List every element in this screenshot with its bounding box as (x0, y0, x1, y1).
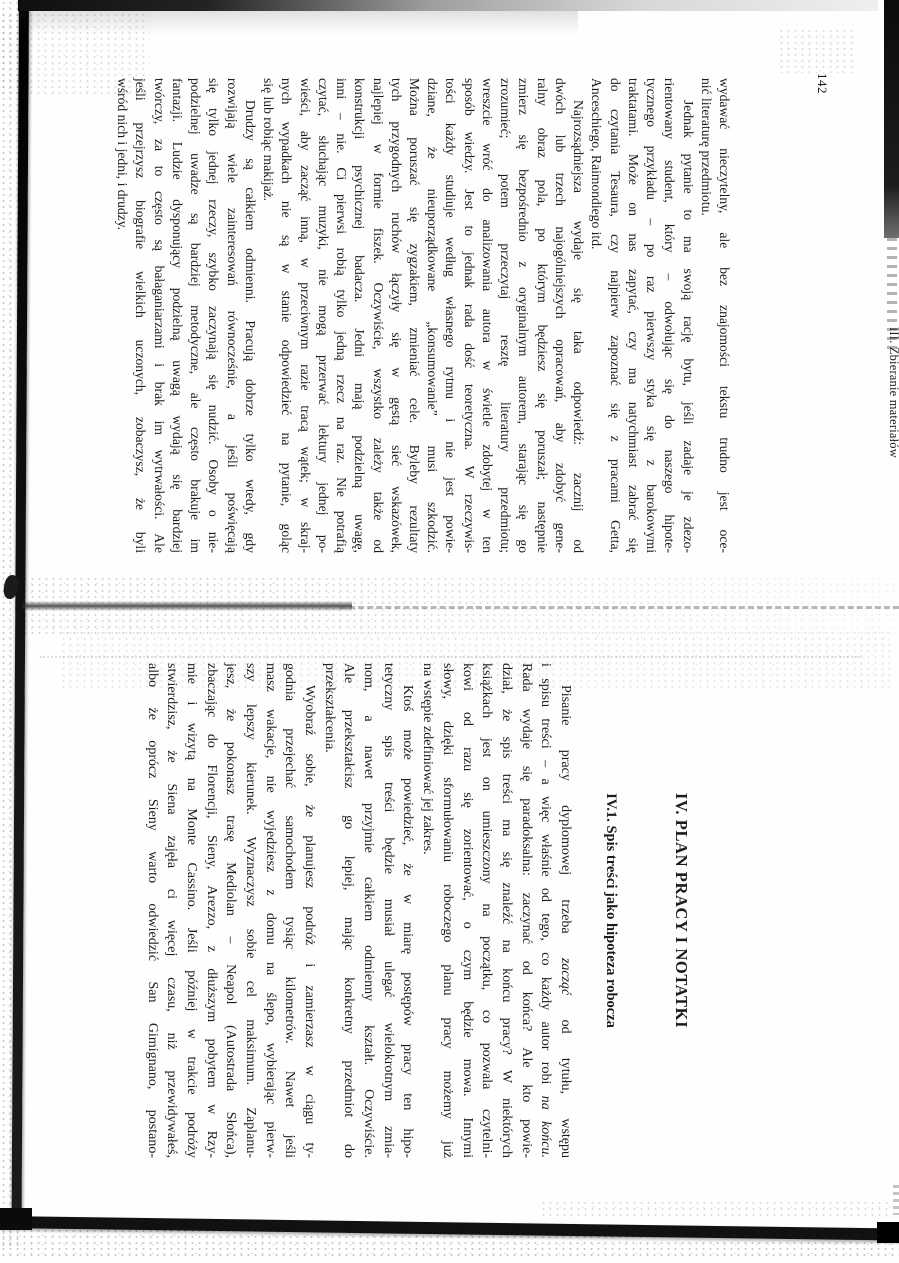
text-line: do czytania Tesaura, czy najpierw zapozn… (605, 78, 623, 553)
text-line: zrozumieć; potem przeczytaj resztę liter… (496, 78, 514, 553)
text-line: wieści, aby zacząć inną, w przeciwnym ra… (295, 78, 313, 553)
text-line: inni – nie. Ci pierwsi robią tylko jedną… (332, 78, 350, 553)
top-edge-shadow (18, 0, 878, 11)
text-line: wreszcie wróć do analizowania autora w ś… (478, 78, 496, 553)
page-top-edge-shadow-tail (887, 238, 897, 353)
text-line: Można poruszać się zygzakiem, zmieniać c… (405, 78, 423, 553)
body-text-column: Pisanie pracy dyplomowej trzeba zacząć o… (142, 663, 575, 1158)
text-line: Drudzy są całkiem odmienni. Pracują dobr… (241, 78, 259, 553)
text-line: tych przygodnych ruchów łączyły się w gę… (387, 78, 405, 553)
text-line: Anceschiego, Raimondiego itd. (587, 78, 605, 553)
page-seam-dashed-line (340, 606, 899, 609)
text-line: dwóch lub trzech najogólniejszych opraco… (551, 78, 569, 553)
scanned-book-spread: { "colors": { "ink": "#1c1c1c", "paper":… (0, 0, 899, 1263)
bottom-band-upper-noise (540, 1200, 892, 1216)
text-line: traktatami. Może on nas zapytać, czy ma … (624, 78, 642, 553)
text-line: się tylko jednej rzeczy, szybko zaczynaj… (204, 78, 222, 553)
text-line: nom, a nawet przyjmie całkiem odmienny k… (358, 663, 378, 1158)
top-left-noise (0, 12, 150, 97)
text-line: zmierz się bezpośrednio z oryginalnym au… (514, 78, 532, 553)
text-line: kowi od razu się zorientować, o czym będ… (457, 663, 477, 1158)
text-line: albo że oprócz Sieny warto odwiedzić San… (142, 663, 162, 1158)
text-line: wśród nich i jedni, i drudzy. (113, 78, 131, 553)
text-line: twórczy, za to często są bałaganiarzami … (150, 78, 168, 553)
scanned-page-chapter-iv: IV. PLAN PRACY I NOTATKI IV.1. Spis treś… (15, 622, 899, 1222)
text-line: Ktoś może powiedzieć, że w miarę postępó… (398, 663, 418, 1158)
top-right-noise (778, 28, 853, 73)
text-line: najlepiej w formie fiszek. Oczywiście, w… (368, 78, 386, 553)
text-line: nić literaturę przedmiotu. (697, 78, 715, 553)
text-line: i spisu treści – a więc właśnie od tego,… (536, 663, 556, 1158)
text-line: Pisanie pracy dyplomowej trzeba zacząć o… (555, 663, 575, 1158)
page-seam-shadow-line (22, 601, 352, 611)
text-line: się lub robiąc makijaż. (259, 78, 277, 553)
page-seam-fade (300, 576, 899, 634)
text-line: fantazji. Ludzie dysponujący podzielną u… (168, 78, 186, 553)
text-line: jesz, że pokonasz trasę Mediolan – Neapo… (221, 663, 241, 1158)
text-line: jeśli przejrzysz biografie wielkich uczo… (131, 78, 149, 553)
section-heading: IV.1. Spis treści jako hipoteza robocza (602, 663, 619, 1158)
text-line: słowy, dzięki sformułowaniu roboczego pl… (437, 663, 457, 1158)
text-line: tości każdy studiuje według własnego ryt… (441, 78, 459, 553)
text-line: Ale przekształcisz go lepiej, mając konk… (339, 663, 359, 1158)
text-line: czytać, słuchając muzyki, nie mogą przer… (314, 78, 332, 553)
text-line: zbaczając do Florencji, Sieny, Arezzo, z… (201, 663, 221, 1158)
text-line: na wstępie zdefiniować jej zakres. (418, 663, 438, 1158)
text-line: tetyczny spis treści będzie musiał ulega… (378, 663, 398, 1158)
text-line: mie i wizytą na Monte Cassino. Jeśli póź… (181, 663, 201, 1158)
right-edge-dots (893, 1185, 899, 1215)
body-text-column: wydawać nieczytelny, ale bez znajomości … (113, 78, 733, 553)
text-line: szy lepszy kierunek. Wyznaczysz sobie ce… (240, 663, 260, 1158)
text-line: sposób wiedzy. Jest to jednak rada dość … (459, 78, 477, 553)
text-line: rientowany student, który – odwołując si… (660, 78, 678, 553)
text-line: przekształcenia. (319, 663, 339, 1158)
text-line: ralny obraz pola, po którym będziesz się… (532, 78, 550, 553)
text-line: konstrukcji psychicznej badacza. Jedni m… (350, 78, 368, 553)
text-line: stwierdzisz, że Siena zajęła ci więcej c… (162, 663, 182, 1158)
text-line: tycznego przykładu – po raz pierwszy sty… (642, 78, 660, 553)
text-line: nych wypadkach nie są w stanie odpowiedz… (277, 78, 295, 553)
bottom-left-corner-shadow (0, 1208, 32, 1230)
text-line: książkach jest on umieszczony na początk… (477, 663, 497, 1158)
text-line: dziane, że nieuporządkowane „konsumowani… (423, 78, 441, 553)
text-line: dział, że spis treści ma się znaleźć na … (496, 663, 516, 1158)
text-line: rozwijają wiele zainteresowań równocześn… (222, 78, 240, 553)
text-line: godnia przejechać samochodem tysiąc kilo… (280, 663, 300, 1158)
text-line: podzielnej uwadze są bardziej metodyczne… (186, 78, 204, 553)
text-line: wydawać nieczytelny, ale bez znajomości … (715, 78, 733, 553)
scanned-page-142: 142 III. Zbieranie materiałów wydawać ni… (40, 40, 899, 600)
text-line: masz wakacje, nie wyjedziesz z domu na ś… (260, 663, 280, 1158)
page-top-edge-shadow (884, 0, 899, 238)
text-line: Wyobraź sobie, że planujesz podróż i zam… (299, 663, 319, 1158)
chapter-heading: IV. PLAN PRACY I NOTATKI (671, 663, 691, 1158)
text-line: Jednak pytanie to ma swoją rację bytu, j… (678, 78, 696, 553)
page-number: 142 (814, 73, 830, 94)
text-line: Rada wydaje się paradoksalna: zaczynać o… (516, 663, 536, 1158)
bottom-edge-noise (0, 1228, 899, 1258)
lower-page-top-noise (60, 630, 890, 692)
text-line: Najrozsądniejsza wydaje się taka odpowie… (569, 78, 587, 553)
